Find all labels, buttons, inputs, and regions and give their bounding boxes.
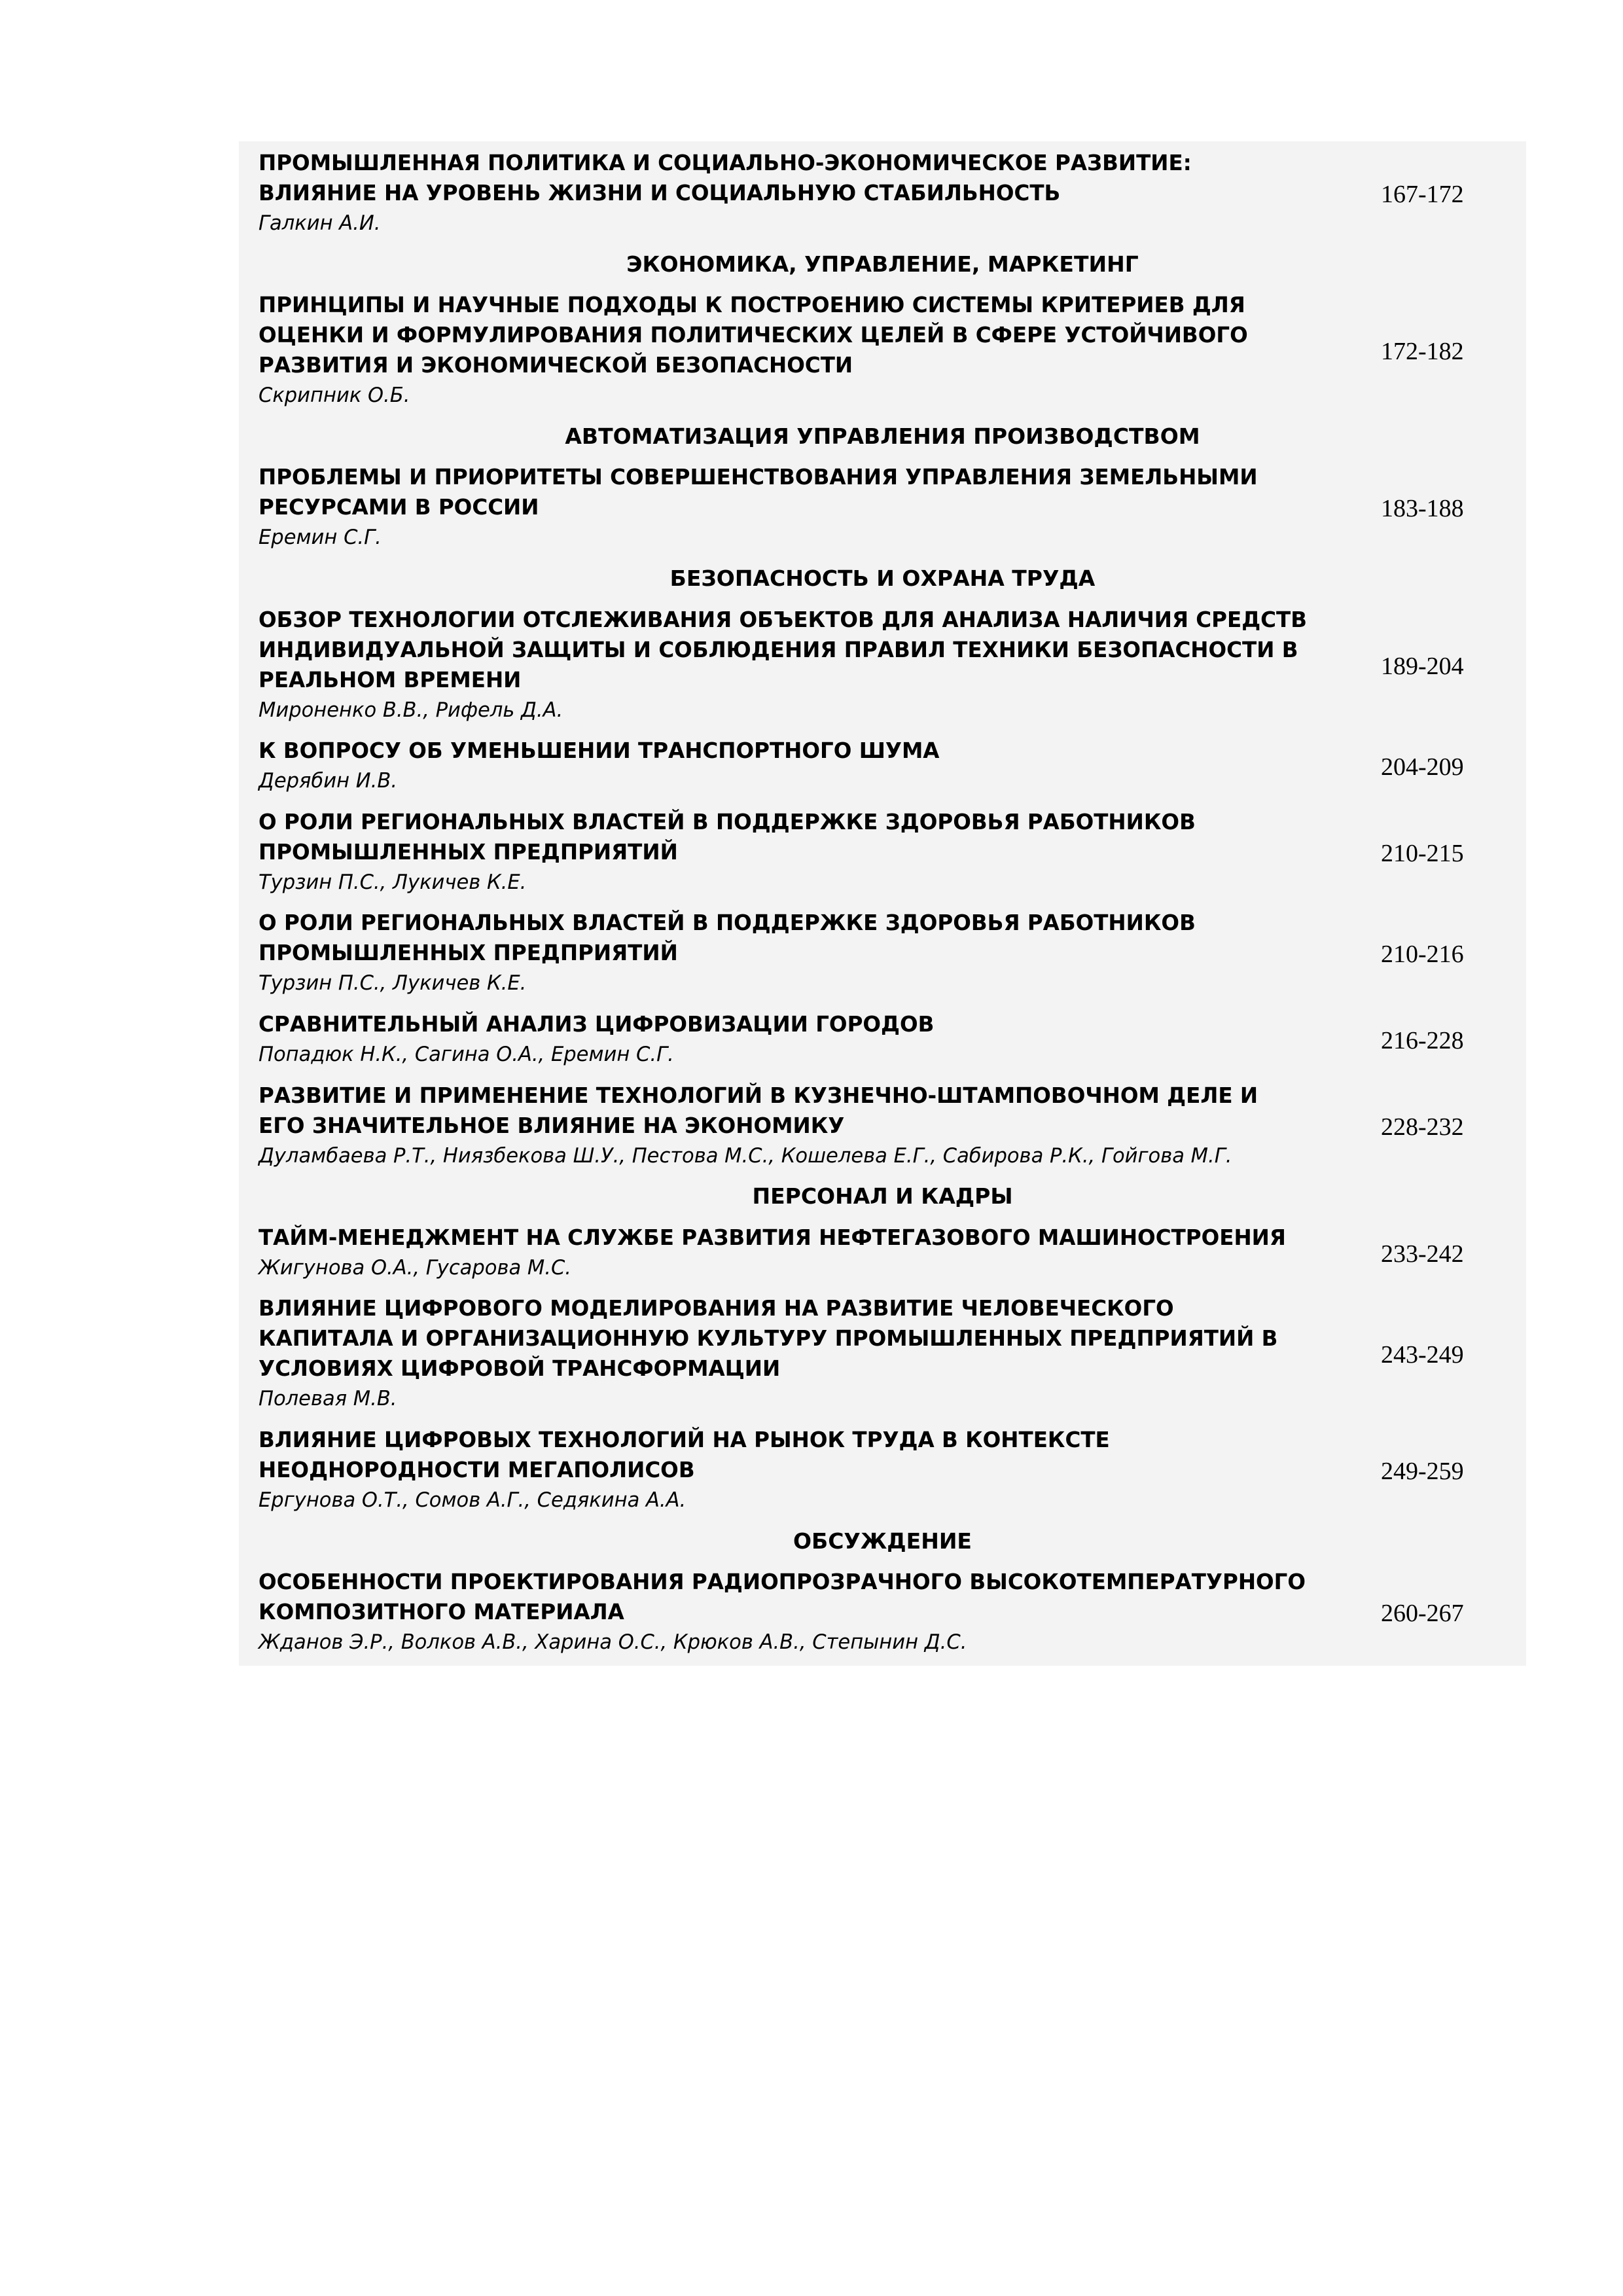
toc-entry[interactable]: ОСОБЕННОСТИ ПРОЕКТИРОВАНИЯ РАДИОПРОЗРАЧН… (259, 1567, 1526, 1657)
article-title-line: ЕГО ЗНАЧИТЕЛЬНОЕ ВЛИЯНИЕ НА ЭКОНОМИКУ (259, 1111, 1364, 1141)
toc-entry[interactable]: ОБЗОР ТЕХНОЛОГИИ ОТСЛЕЖИВАНИЯ ОБЪЕКТОВ Д… (259, 605, 1526, 725)
toc-entry[interactable]: ПРИНЦИПЫ И НАУЧНЫЕ ПОДХОДЫ К ПОСТРОЕНИЮ … (259, 290, 1526, 410)
page-range[interactable]: 167-172 (1381, 177, 1464, 209)
article-title-line: ПРОМЫШЛЕННАЯ ПОЛИТИКА И СОЦИАЛЬНО-ЭКОНОМ… (259, 148, 1364, 178)
article-authors: Турзин П.С., Лукичев К.Е. (259, 968, 1364, 998)
article-title-line: ВЛИЯНИЕ НА УРОВЕНЬ ЖИЗНИ И СОЦИАЛЬНУЮ СТ… (259, 178, 1364, 208)
table-of-contents: ПРОМЫШЛЕННАЯ ПОЛИТИКА И СОЦИАЛЬНО-ЭКОНОМ… (239, 141, 1526, 1666)
entry-text: О РОЛИ РЕГИОНАЛЬНЫХ ВЛАСТЕЙ В ПОДДЕРЖКЕ … (259, 807, 1381, 897)
article-title-line: ВЛИЯНИЕ ЦИФРОВОГО МОДЕЛИРОВАНИЯ НА РАЗВИ… (259, 1293, 1364, 1323)
entry-text: ПРИНЦИПЫ И НАУЧНЫЕ ПОДХОДЫ К ПОСТРОЕНИЮ … (259, 290, 1381, 410)
page-range[interactable]: 233-242 (1381, 1237, 1464, 1268)
toc-entry[interactable]: ПРОМЫШЛЕННАЯ ПОЛИТИКА И СОЦИАЛЬНО-ЭКОНОМ… (259, 148, 1526, 238)
entry-text: ОСОБЕННОСТИ ПРОЕКТИРОВАНИЯ РАДИОПРОЗРАЧН… (259, 1567, 1381, 1657)
article-title-line: ПРОМЫШЛЕННЫХ ПРЕДПРИЯТИЙ (259, 837, 1364, 867)
entry-text: ТАЙМ-МЕНЕДЖМЕНТ НА СЛУЖБЕ РАЗВИТИЯ НЕФТЕ… (259, 1223, 1381, 1283)
article-authors: Жигунова О.А., Гусарова М.С. (259, 1253, 1364, 1283)
article-authors: Попадюк Н.К., Сагина О.А., Еремин С.Г. (259, 1039, 1364, 1069)
article-title-line: РЕАЛЬНОМ ВРЕМЕНИ (259, 665, 1364, 695)
entry-text: ПРОМЫШЛЕННАЯ ПОЛИТИКА И СОЦИАЛЬНО-ЭКОНОМ… (259, 148, 1381, 238)
article-authors: Мироненко В.В., Рифель Д.А. (259, 695, 1364, 725)
article-title-line: ПРОБЛЕМЫ И ПРИОРИТЕТЫ СОВЕРШЕНСТВОВАНИЯ … (259, 462, 1364, 492)
toc-entry[interactable]: О РОЛИ РЕГИОНАЛЬНЫХ ВЛАСТЕЙ В ПОДДЕРЖКЕ … (259, 807, 1526, 897)
entry-text: РАЗВИТИЕ И ПРИМЕНЕНИЕ ТЕХНОЛОГИЙ В КУЗНЕ… (259, 1081, 1381, 1171)
page-range[interactable]: 210-216 (1381, 937, 1464, 969)
article-authors: Дуламбаева Р.Т., Ниязбекова Ш.У., Пестов… (259, 1141, 1364, 1171)
article-authors: Ергунова О.Т., Сомов А.Г., Седякина А.А. (259, 1485, 1364, 1515)
article-title-line: О РОЛИ РЕГИОНАЛЬНЫХ ВЛАСТЕЙ В ПОДДЕРЖКЕ … (259, 807, 1364, 837)
page-range[interactable]: 172-182 (1381, 334, 1464, 366)
article-title-line: КОМПОЗИТНОГО МАТЕРИАЛА (259, 1597, 1364, 1627)
page-range[interactable]: 249-259 (1381, 1454, 1464, 1486)
entry-text: К ВОПРОСУ ОБ УМЕНЬШЕНИИ ТРАНСПОРТНОГО ШУ… (259, 736, 1381, 796)
page-range[interactable]: 204-209 (1381, 750, 1464, 781)
article-authors: Скрипник О.Б. (259, 380, 1364, 410)
page-range[interactable]: 243-249 (1381, 1338, 1464, 1369)
toc-entry[interactable]: ТАЙМ-МЕНЕДЖМЕНТ НА СЛУЖБЕ РАЗВИТИЯ НЕФТЕ… (259, 1223, 1526, 1283)
article-title-line: РАЗВИТИЯ И ЭКОНОМИЧЕСКОЙ БЕЗОПАСНОСТИ (259, 350, 1364, 380)
article-title-line: СРАВНИТЕЛЬНЫЙ АНАЛИЗ ЦИФРОВИЗАЦИИ ГОРОДО… (259, 1009, 1364, 1039)
section-header: ОБСУЖДЕНИЕ (239, 1526, 1526, 1556)
article-title-line: ВЛИЯНИЕ ЦИФРОВЫХ ТЕХНОЛОГИЙ НА РЫНОК ТРУ… (259, 1425, 1364, 1455)
article-title-line: ПРИНЦИПЫ И НАУЧНЫЕ ПОДХОДЫ К ПОСТРОЕНИЮ … (259, 290, 1364, 320)
entry-text: О РОЛИ РЕГИОНАЛЬНЫХ ВЛАСТЕЙ В ПОДДЕРЖКЕ … (259, 908, 1381, 998)
entry-text: ПРОБЛЕМЫ И ПРИОРИТЕТЫ СОВЕРШЕНСТВОВАНИЯ … (259, 462, 1381, 552)
toc-entry[interactable]: К ВОПРОСУ ОБ УМЕНЬШЕНИИ ТРАНСПОРТНОГО ШУ… (259, 736, 1526, 796)
article-authors: Еремин С.Г. (259, 522, 1364, 552)
section-header: ЭКОНОМИКА, УПРАВЛЕНИЕ, МАРКЕТИНГ (239, 249, 1526, 279)
article-authors: Полевая М.В. (259, 1384, 1364, 1414)
article-title-line: ОЦЕНКИ И ФОРМУЛИРОВАНИЯ ПОЛИТИЧЕСКИХ ЦЕЛ… (259, 320, 1364, 350)
page-range[interactable]: 216-228 (1381, 1024, 1464, 1055)
article-authors: Галкин А.И. (259, 208, 1364, 238)
section-header: БЕЗОПАСНОСТЬ И ОХРАНА ТРУДА (239, 564, 1526, 594)
page-range[interactable]: 228-232 (1381, 1110, 1464, 1141)
article-title-line: О РОЛИ РЕГИОНАЛЬНЫХ ВЛАСТЕЙ В ПОДДЕРЖКЕ … (259, 908, 1364, 938)
entry-text: СРАВНИТЕЛЬНЫЙ АНАЛИЗ ЦИФРОВИЗАЦИИ ГОРОДО… (259, 1009, 1381, 1069)
toc-entry[interactable]: ВЛИЯНИЕ ЦИФРОВОГО МОДЕЛИРОВАНИЯ НА РАЗВИ… (259, 1293, 1526, 1414)
article-title-line: УСЛОВИЯХ ЦИФРОВОЙ ТРАНСФОРМАЦИИ (259, 1354, 1364, 1384)
entry-text: ВЛИЯНИЕ ЦИФРОВЫХ ТЕХНОЛОГИЙ НА РЫНОК ТРУ… (259, 1425, 1381, 1515)
section-header: ПЕРСОНАЛ И КАДРЫ (239, 1181, 1526, 1211)
article-title-line: КАПИТАЛА И ОРГАНИЗАЦИОННУЮ КУЛЬТУРУ ПРОМ… (259, 1323, 1364, 1354)
article-authors: Дерябин И.В. (259, 766, 1364, 796)
page-range[interactable]: 189-204 (1381, 649, 1464, 681)
page-range[interactable]: 183-188 (1381, 492, 1464, 523)
entry-text: ВЛИЯНИЕ ЦИФРОВОГО МОДЕЛИРОВАНИЯ НА РАЗВИ… (259, 1293, 1381, 1414)
page-range[interactable]: 210-215 (1381, 836, 1464, 868)
toc-entry[interactable]: ВЛИЯНИЕ ЦИФРОВЫХ ТЕХНОЛОГИЙ НА РЫНОК ТРУ… (259, 1425, 1526, 1515)
toc-entry[interactable]: О РОЛИ РЕГИОНАЛЬНЫХ ВЛАСТЕЙ В ПОДДЕРЖКЕ … (259, 908, 1526, 998)
article-authors: Турзин П.С., Лукичев К.Е. (259, 867, 1364, 897)
toc-entry[interactable]: СРАВНИТЕЛЬНЫЙ АНАЛИЗ ЦИФРОВИЗАЦИИ ГОРОДО… (259, 1009, 1526, 1069)
article-title-line: ОСОБЕННОСТИ ПРОЕКТИРОВАНИЯ РАДИОПРОЗРАЧН… (259, 1567, 1364, 1597)
article-title-line: РЕСУРСАМИ В РОССИИ (259, 492, 1364, 522)
entry-text: ОБЗОР ТЕХНОЛОГИИ ОТСЛЕЖИВАНИЯ ОБЪЕКТОВ Д… (259, 605, 1381, 725)
article-title-line: РАЗВИТИЕ И ПРИМЕНЕНИЕ ТЕХНОЛОГИЙ В КУЗНЕ… (259, 1081, 1364, 1111)
article-authors: Жданов Э.Р., Волков А.В., Харина О.С., К… (259, 1627, 1364, 1657)
article-title-line: НЕОДНОРОДНОСТИ МЕГАПОЛИСОВ (259, 1455, 1364, 1485)
toc-entry[interactable]: РАЗВИТИЕ И ПРИМЕНЕНИЕ ТЕХНОЛОГИЙ В КУЗНЕ… (259, 1081, 1526, 1171)
article-title-line: ОБЗОР ТЕХНОЛОГИИ ОТСЛЕЖИВАНИЯ ОБЪЕКТОВ Д… (259, 605, 1364, 635)
article-title-line: ПРОМЫШЛЕННЫХ ПРЕДПРИЯТИЙ (259, 938, 1364, 968)
toc-entry[interactable]: ПРОБЛЕМЫ И ПРИОРИТЕТЫ СОВЕРШЕНСТВОВАНИЯ … (259, 462, 1526, 552)
section-header: АВТОМАТИЗАЦИЯ УПРАВЛЕНИЯ ПРОИЗВОДСТВОМ (239, 422, 1526, 452)
article-title-line: ИНДИВИДУАЛЬНОЙ ЗАЩИТЫ И СОБЛЮДЕНИЯ ПРАВИ… (259, 635, 1364, 665)
article-title-line: ТАЙМ-МЕНЕДЖМЕНТ НА СЛУЖБЕ РАЗВИТИЯ НЕФТЕ… (259, 1223, 1364, 1253)
article-title-line: К ВОПРОСУ ОБ УМЕНЬШЕНИИ ТРАНСПОРТНОГО ШУ… (259, 736, 1364, 766)
page-range[interactable]: 260-267 (1381, 1596, 1464, 1628)
